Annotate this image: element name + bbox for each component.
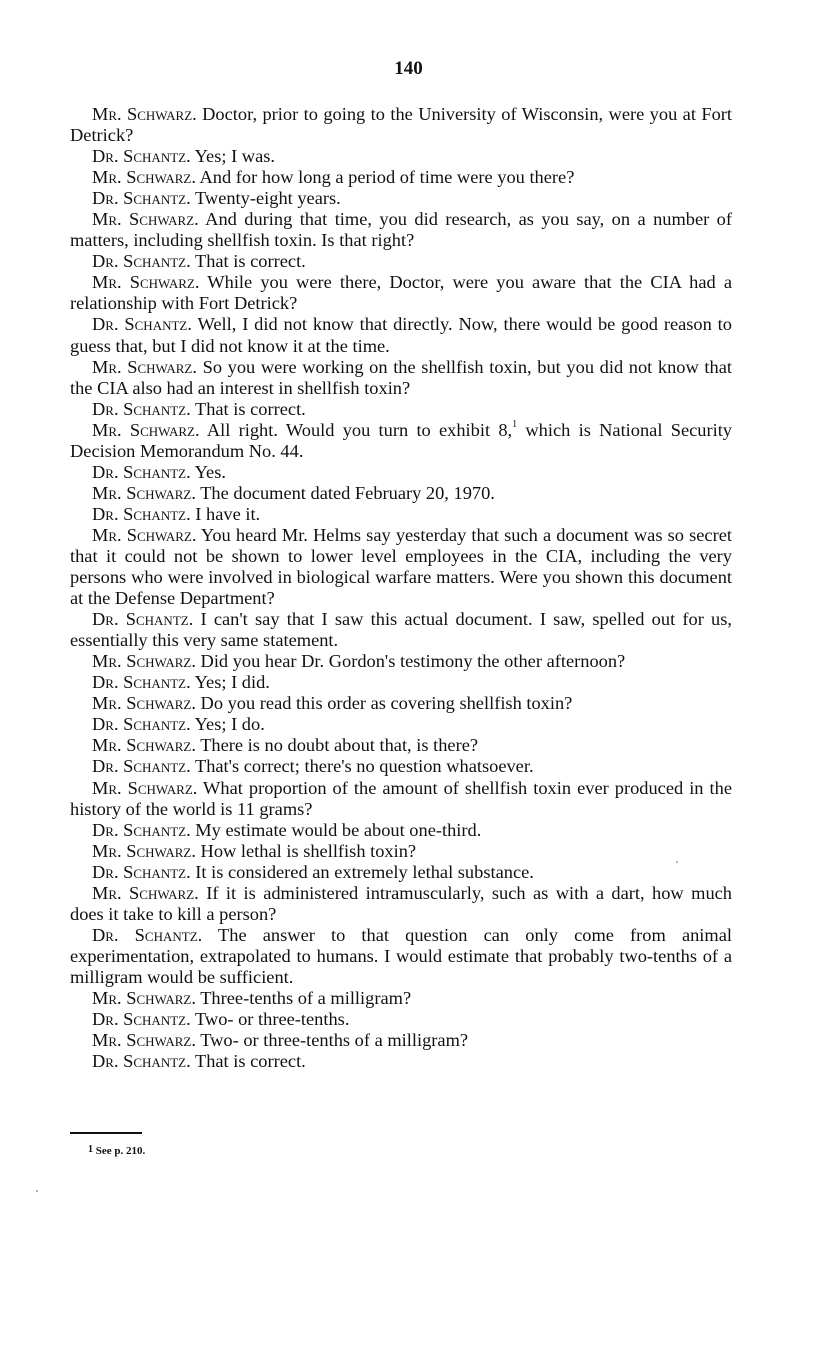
- speech-text: And for how long a period of time were y…: [196, 167, 574, 187]
- speech-text: Two- or three-tenths of a milligram?: [196, 1030, 468, 1050]
- speaker-name: Dr. Schantz.: [92, 251, 191, 271]
- speaker-name: Dr. Schantz.: [92, 1051, 191, 1071]
- speaker-name: Mr. Schwarz.: [92, 735, 196, 755]
- speech-text: Do you read this order as covering shell…: [196, 693, 572, 713]
- speaker-name: Mr. Schwarz.: [92, 1030, 196, 1050]
- transcript-paragraph: Dr. Schantz. It is considered an extreme…: [70, 862, 732, 883]
- transcript-paragraph: Mr. Schwarz. How lethal is shellfish tox…: [70, 841, 732, 862]
- speech-text: Yes.: [191, 462, 226, 482]
- speech-text: How lethal is shellfish toxin?: [196, 841, 416, 861]
- speech-text: Twenty-eight years.: [191, 188, 341, 208]
- transcript-paragraph: Mr. Schwarz. There is no doubt about tha…: [70, 735, 732, 756]
- transcript-paragraph: Dr. Schantz. That is correct.: [70, 399, 732, 420]
- speaker-name: Dr. Schantz.: [92, 462, 191, 482]
- speech-text: Did you hear Dr. Gordon's testimony the …: [196, 651, 625, 671]
- document-page: 140 Mr. Schwarz. Doctor, prior to going …: [0, 0, 817, 1365]
- transcript-paragraph: Mr. Schwarz. And for how long a period o…: [70, 167, 732, 188]
- footnote-divider: [70, 1132, 142, 1134]
- transcript-paragraph: Mr. Schwarz. What proportion of the amou…: [70, 778, 732, 820]
- transcript-paragraph: Mr. Schwarz. While you were there, Docto…: [70, 272, 732, 314]
- transcript-paragraph: Mr. Schwarz. And during that time, you d…: [70, 209, 732, 251]
- speech-text: It is considered an extremely lethal sub…: [191, 862, 534, 882]
- transcript-paragraph: Mr. Schwarz. Two- or three-tenths of a m…: [70, 1030, 732, 1051]
- speaker-name: Mr. Schwarz.: [92, 841, 196, 861]
- speech-text: That is correct.: [191, 1051, 306, 1071]
- speaker-name: Dr. Schantz.: [92, 672, 191, 692]
- speaker-name: Mr. Schwarz.: [92, 883, 199, 903]
- speaker-name: Dr. Schantz.: [92, 504, 191, 524]
- footnote-text: See p. 210.: [93, 1145, 145, 1157]
- transcript-paragraph: Mr. Schwarz. Do you read this order as c…: [70, 693, 732, 714]
- speech-text: I have it.: [191, 504, 260, 524]
- transcript-paragraph: Mr. Schwarz. You heard Mr. Helms say yes…: [70, 525, 732, 609]
- transcript-paragraph: Dr. Schantz. Yes; I did.: [70, 672, 732, 693]
- transcript-paragraph: Dr. Schantz. Yes; I do.: [70, 714, 732, 735]
- transcript-paragraph: Dr. Schantz. Twenty-eight years.: [70, 188, 732, 209]
- speaker-name: Mr. Schwarz.: [92, 693, 196, 713]
- scan-speck: [36, 1190, 38, 1192]
- speech-text: Yes; I did.: [191, 672, 270, 692]
- transcript-paragraph: Dr. Schantz. That's correct; there's no …: [70, 756, 732, 777]
- speaker-name: Mr. Schwarz.: [92, 104, 197, 124]
- transcript-paragraph: Dr. Schantz. I can't say that I saw this…: [70, 609, 732, 651]
- transcript-paragraph: Dr. Schantz. My estimate would be about …: [70, 820, 732, 841]
- speaker-name: Mr. Schwarz.: [92, 167, 196, 187]
- speaker-name: Dr. Schantz.: [92, 146, 191, 166]
- transcript-paragraph: Mr. Schwarz. Did you hear Dr. Gordon's t…: [70, 651, 732, 672]
- speaker-name: Mr. Schwarz.: [92, 420, 200, 440]
- transcript-paragraph: Dr. Schantz. I have it.: [70, 504, 732, 525]
- transcript-paragraph: Mr. Schwarz. All right. Would you turn t…: [70, 420, 732, 462]
- speaker-name: Dr. Schantz.: [92, 1009, 191, 1029]
- transcript-paragraph: Dr. Schantz. That is correct.: [70, 251, 732, 272]
- transcript-paragraph: Mr. Schwarz. So you were working on the …: [70, 357, 732, 399]
- speaker-name: Dr. Schantz.: [92, 756, 191, 776]
- transcript-paragraph: Mr. Schwarz. Doctor, prior to going to t…: [70, 104, 732, 146]
- transcript-paragraph: Dr. Schantz. Yes; I was.: [70, 146, 732, 167]
- transcript-paragraph: Dr. Schantz. The answer to that question…: [70, 925, 732, 988]
- speaker-name: Dr. Schantz.: [92, 862, 191, 882]
- transcript-paragraph: Dr. Schantz. Two- or three-tenths.: [70, 1009, 732, 1030]
- speech-text: The document dated February 20, 1970.: [196, 483, 495, 503]
- speaker-name: Mr. Schwarz.: [92, 651, 196, 671]
- speech-text: Yes; I was.: [191, 146, 275, 166]
- speaker-name: Dr. Schantz.: [92, 714, 191, 734]
- transcript-paragraph: Mr. Schwarz. The document dated February…: [70, 483, 732, 504]
- footnote: 1 See p. 210.: [88, 1145, 145, 1157]
- speaker-name: Dr. Schantz.: [92, 399, 191, 419]
- speaker-name: Dr. Schantz.: [92, 925, 202, 945]
- speech-text: Two- or three-tenths.: [191, 1009, 350, 1029]
- speaker-name: Dr. Schantz.: [92, 820, 191, 840]
- transcript-paragraph: Dr. Schantz. Well, I did not know that d…: [70, 314, 732, 356]
- speech-text: Yes; I do.: [191, 714, 265, 734]
- speaker-name: Dr. Schantz.: [92, 609, 193, 629]
- speech-text: That is correct.: [191, 251, 306, 271]
- page-number: 140: [0, 58, 817, 80]
- transcript-paragraph: Dr. Schantz. Yes.: [70, 462, 732, 483]
- speaker-name: Mr. Schwarz.: [92, 483, 196, 503]
- speech-text: There is no doubt about that, is there?: [196, 735, 478, 755]
- speaker-name: Mr. Schwarz.: [92, 988, 196, 1008]
- speech-text: Three-tenths of a milligram?: [196, 988, 411, 1008]
- speech-text: My estimate would be about one-third.: [191, 820, 482, 840]
- transcript-body: Mr. Schwarz. Doctor, prior to going to t…: [70, 104, 732, 1072]
- speaker-name: Mr. Schwarz.: [92, 525, 196, 545]
- transcript-paragraph: Mr. Schwarz. If it is administered intra…: [70, 883, 732, 925]
- speaker-name: Dr. Schantz.: [92, 314, 192, 334]
- speaker-name: Mr. Schwarz.: [92, 778, 197, 798]
- speaker-name: Mr. Schwarz.: [92, 209, 199, 229]
- scan-speck: [676, 861, 678, 863]
- transcript-paragraph: Mr. Schwarz. Three-tenths of a milligram…: [70, 988, 732, 1009]
- transcript-paragraph: Dr. Schantz. That is correct.: [70, 1051, 732, 1072]
- speech-text: That's correct; there's no question what…: [191, 756, 534, 776]
- speech-text: All right. Would you turn to exhibit 8,: [200, 420, 513, 440]
- speaker-name: Dr. Schantz.: [92, 188, 191, 208]
- speaker-name: Mr. Schwarz.: [92, 272, 199, 292]
- speaker-name: Mr. Schwarz.: [92, 357, 197, 377]
- speech-text: That is correct.: [191, 399, 306, 419]
